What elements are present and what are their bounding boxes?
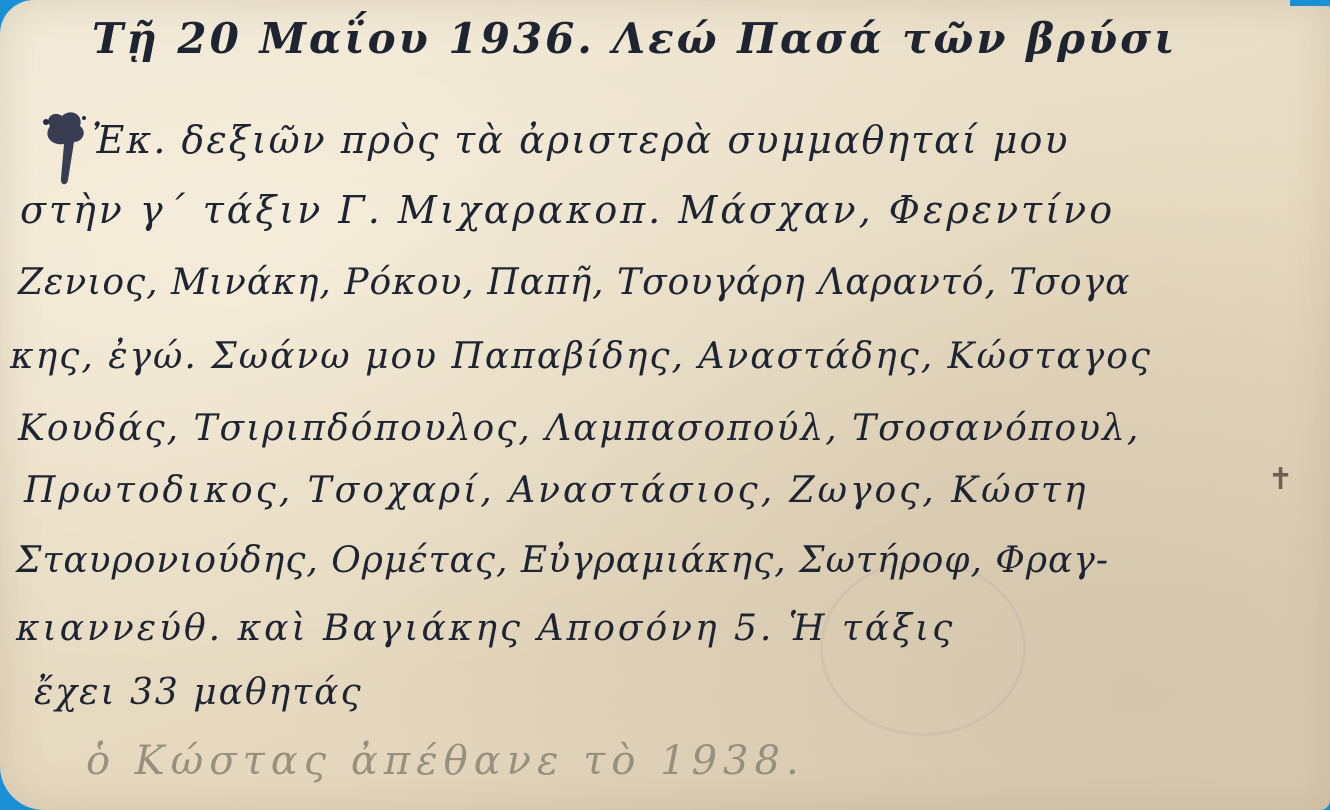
ink-blot-icon	[40, 108, 88, 188]
text-line: Πρωτοδικος, Τσοχαρί, Αναστάσιος, Ζωγος, …	[24, 470, 1089, 511]
text-line: ἔχει 33 μαθητάς	[34, 672, 363, 713]
text-line: Ἐκ. δεξιῶν πρὸς τὰ ἀριστερὰ συμμαθηταί μ…	[92, 118, 1069, 162]
background-edge	[1290, 0, 1330, 6]
text-line: κιαννεύθ. καὶ Βαγιάκης Αποσόνη 5. Ἡ τάξι…	[16, 608, 955, 649]
date-line: Τῇ 20 Μαΐου 1936. Λεώ Πασά τῶν βρύσι	[92, 14, 1177, 63]
text-line: Κουδάς, Τσιριπδόπουλος, Λαμπασοπούλ, Τσο…	[18, 408, 1140, 449]
text-line: Ζενιος, Μινάκη, Ρόκου, Παπῆ, Τσουγάρη Λα…	[18, 262, 1130, 303]
pencil-note: ὁ Κώστας ἀπέθανε τὸ 1938.	[86, 738, 805, 784]
cross-icon: ✝	[1268, 462, 1293, 497]
postcard-back: Τῇ 20 Μαΐου 1936. Λεώ Πασά τῶν βρύσι Ἐκ.…	[0, 0, 1330, 810]
text-line: κης, ἐγώ. Σωάνω μου Παπαβίδης, Αναστάδης…	[10, 336, 1152, 377]
text-line: στὴν γ΄ τάξιν Γ. Μιχαρακοπ. Μάσχαν, Φερε…	[20, 188, 1115, 232]
text-line: Σταυρονιούδης, Ορμέτας, Εὐγραμιάκης, Σωτ…	[16, 540, 1109, 581]
